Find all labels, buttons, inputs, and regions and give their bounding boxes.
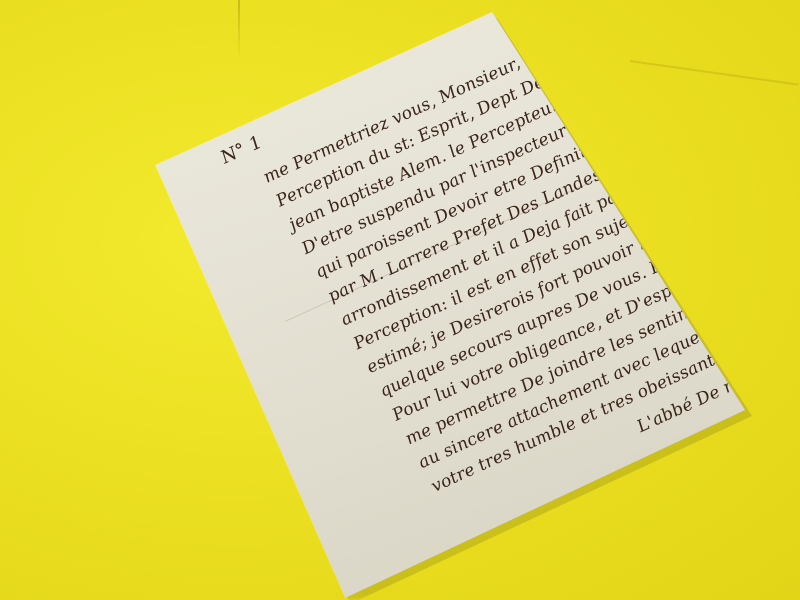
letter-paper: Montesquiou (l'abbé de) N° 1 Plaisance G…	[0, 0, 800, 600]
envelope-fold	[630, 60, 799, 86]
annotation-line: dans le pays où il est	[509, 0, 611, 11]
envelope-fold	[238, 0, 240, 60]
annotation-line: L'intendance	[516, 0, 581, 23]
margin-mark: N° 1	[217, 132, 266, 168]
